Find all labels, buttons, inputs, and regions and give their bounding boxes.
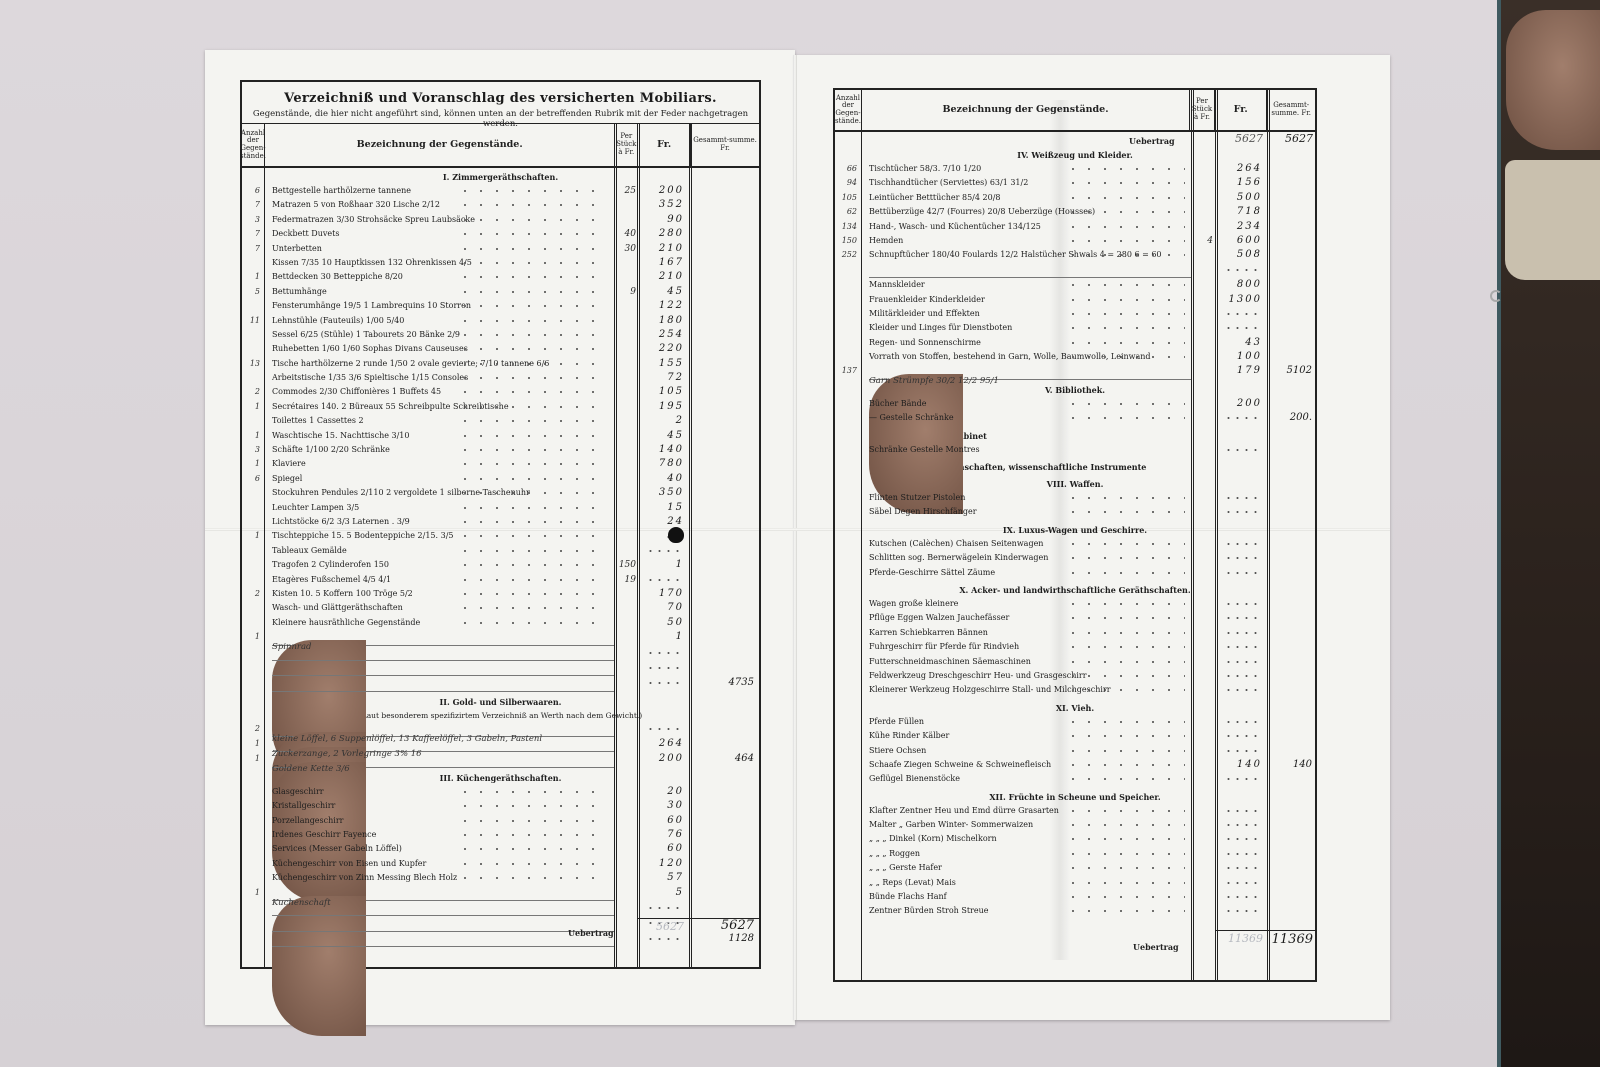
price-fr: 1300 (1218, 293, 1262, 307)
table-row (272, 916, 614, 931)
table-row: 13Tische harthölzerne 2 runde 1/50 2 ova… (242, 357, 759, 371)
item-label: Kleider und Linges für Dienstboten (869, 321, 1012, 335)
item-count: 2 (236, 385, 260, 399)
item-label: Malter „ Garben Winter- Sommerwaizen (869, 818, 1033, 832)
leader-dots (457, 544, 608, 558)
price-fr: 90 (640, 213, 684, 227)
item-count: 252 (833, 248, 857, 262)
right-form: Anzahl der Gegen-stände. Bezeichnung der… (833, 88, 1317, 982)
price-fr: 105 (640, 385, 684, 399)
table-row: Irdenes Geschirr Fayence76 (242, 828, 759, 842)
leader-dots (457, 285, 608, 299)
price-fr: 234 (1218, 220, 1262, 234)
leader-dots (1065, 832, 1185, 846)
table-row: 2kleine Löffel, 6 Suppenlöffel, 13 Kaffe… (272, 722, 614, 737)
item-label: Commodes 2/30 Chiffonières 1 Buffets 45 (272, 385, 441, 399)
per-piece-price: 9 (616, 285, 636, 299)
leader-dots (457, 842, 608, 856)
table-row: Tableaux Gemälde (242, 544, 759, 558)
carry-in-total: 5627 (1269, 132, 1313, 145)
item-count: 105 (833, 191, 857, 205)
price-fr: 40 (640, 472, 684, 486)
document-title: Verzeichniß und Voranschlag des versiche… (242, 82, 759, 106)
leader-dots (457, 256, 608, 270)
item-label: Bettgestelle harthölzerne tannene (272, 184, 411, 198)
table-row: Regen- und Sonnenschirme43 (835, 336, 1315, 350)
price-fr: 76 (640, 828, 684, 842)
price-fr: 500 (1218, 191, 1262, 205)
item-count: 150 (833, 234, 857, 248)
fr-dots (646, 901, 680, 915)
table-row: Glasgeschirr20 (242, 785, 759, 799)
item-label: Frauenkleider Kinderkleider (869, 293, 985, 307)
item-label: Bücher Bände (869, 397, 926, 411)
leader-dots (457, 871, 608, 885)
fr-dots (1224, 491, 1258, 505)
item-label: Pferde Füllen (869, 715, 924, 729)
fr-dots (1224, 683, 1258, 697)
item-label: Wasch- und Glättgeräthschaften (272, 601, 403, 615)
leader-dots (1065, 336, 1185, 350)
per-piece-price: 150 (616, 558, 636, 572)
item-count: 66 (833, 162, 857, 176)
leader-dots (457, 529, 608, 543)
leader-dots (1065, 293, 1185, 307)
price-fr: 100 (1218, 350, 1262, 364)
table-header: Anzahl der Gegen-stände. Bezeichnung der… (242, 123, 759, 168)
table-row: 1Bettdecken 30 Betteppiche 8/20210 (242, 270, 759, 284)
price-fr: 254 (640, 328, 684, 342)
leader-dots (457, 457, 608, 471)
fr-dots (646, 661, 680, 675)
price-fr: 600 (1218, 234, 1262, 248)
leader-dots (1065, 715, 1185, 729)
leader-dots (1065, 655, 1185, 669)
table-row: 4735 (272, 676, 614, 691)
table-row: Tragofen 2 Cylinderofen 1501501 (242, 558, 759, 572)
fr-dots (1224, 818, 1258, 832)
price-fr: 1 (640, 558, 684, 572)
item-label: Kristallgeschirr (272, 799, 335, 813)
item-label: Glasgeschirr (272, 785, 324, 799)
table-row: 1128 (272, 932, 614, 947)
fr-dots (1224, 655, 1258, 669)
item-label: Porzellangeschirr (272, 814, 344, 828)
fr-dots (1224, 729, 1258, 743)
item-label: Wagen große kleinere (869, 597, 958, 611)
table-row: 66Tischtücher 58/3. 7/10 1/20264 (835, 162, 1315, 176)
table-row: 1Kuchenschaft5 (272, 886, 614, 901)
item-label: „ „ „ Roggen (869, 847, 920, 861)
item-count: 137 (833, 364, 857, 378)
fr-dots (1224, 669, 1258, 683)
table-row: 105Leintücher Betttücher 85/4 20/8500 (835, 191, 1315, 205)
table-row: Wasch- und Glättgeräthschaften70 (242, 601, 759, 615)
table-row: Services (Messer Gabeln Löffel)60 (242, 842, 759, 856)
item-label: Kleinere hausräthliche Gegenstände (272, 616, 420, 630)
item-count: 7 (236, 227, 260, 241)
item-count: 1 (236, 429, 260, 443)
table-row: Fuhrgeschirr für Pferde für Rindvieh (835, 640, 1315, 654)
fr-dots (1224, 832, 1258, 846)
fr-dots (1224, 566, 1258, 580)
item-count: 1 (236, 270, 260, 284)
fr-dots (1224, 321, 1258, 335)
leader-dots (457, 785, 608, 799)
leader-dots (457, 371, 608, 385)
item-label: Bettüberzüge 42/7 (Fourres) 20/8 Ueberzü… (869, 205, 1095, 219)
price-fr: 170 (640, 587, 684, 601)
table-row: Schaafe Ziegen Schweine & Schweinefleisc… (835, 758, 1315, 772)
table-row: Kristallgeschirr30 (242, 799, 759, 813)
item-count: 6 (236, 472, 260, 486)
table-row: 7Unterbetten30210 (242, 242, 759, 256)
table-row: 6Bettgestelle harthölzerne tannene25200 (242, 184, 759, 198)
leader-dots (457, 443, 608, 457)
leader-dots (1065, 278, 1185, 292)
table-row: Porzellangeschirr60 (242, 814, 759, 828)
header-total: Gesammt-summe. Fr. (1267, 90, 1315, 130)
leader-dots (457, 385, 608, 399)
table-row: Kleider und Linges für Dienstboten (835, 321, 1315, 335)
table-row: 11Lehnstühle (Fauteuils) 1/00 5/40180 (242, 314, 759, 328)
item-count: 134 (833, 220, 857, 234)
table-row: 3Federmatrazen 3/30 Strohsäcke Spreu Lau… (242, 213, 759, 227)
table-row: Feldwerkzeug Dreschgeschirr Heu- und Gra… (835, 669, 1315, 683)
leader-dots (1065, 744, 1185, 758)
item-label: Bettdecken 30 Betteppiche 8/20 (272, 270, 403, 284)
leader-dots (1065, 411, 1185, 425)
table-row: Futterschneidmaschinen Säemaschinen (835, 655, 1315, 669)
table-row: 1Spinnrad1 (272, 630, 614, 645)
item-count: 1 (236, 737, 260, 751)
table-row: Stiere Ochsen (835, 744, 1315, 758)
leader-dots (457, 242, 608, 256)
item-label: Tischteppiche 15. 5 Bodenteppiche 2/15. … (272, 529, 453, 543)
leader-dots (457, 213, 608, 227)
leader-dots (1065, 566, 1185, 580)
item-label: Klafter Zentner Heu und Emd dürre Grasar… (869, 804, 1059, 818)
fr-dots (1224, 804, 1258, 818)
item-count: 1 (236, 630, 260, 644)
leader-dots (1065, 904, 1185, 918)
table-row: Säbel Degen Hirschfänger (835, 505, 1315, 519)
section-total: 140 (1270, 758, 1312, 772)
table-row: 1Goldene Kette 3/6200464 (272, 752, 614, 767)
carry-label: Uebertrag (568, 928, 614, 938)
fr-dots (646, 932, 680, 946)
price-fr: 5 (640, 886, 684, 900)
leader-dots (1065, 890, 1185, 904)
table-row: „ „ Reps (Levat) Mais (835, 876, 1315, 890)
carry-label: Uebertrag (1133, 942, 1179, 952)
leader-dots (457, 515, 608, 529)
leader-dots (1065, 176, 1185, 190)
header-count: Anzahl der Gegen-stände. (242, 124, 265, 166)
table-row: Bücher Bände200 (835, 397, 1315, 411)
fr-dots (646, 676, 680, 690)
item-label: Hemden (869, 234, 903, 248)
leader-dots (1065, 491, 1185, 505)
table-row: Pferde-Geschirre Sättel Zäume (835, 566, 1315, 580)
price-fr: 60 (640, 842, 684, 856)
leader-dots (457, 314, 608, 328)
leader-dots (457, 299, 608, 313)
price-fr: 155 (640, 357, 684, 371)
leader-dots (457, 429, 608, 443)
leader-dots (1065, 505, 1185, 519)
item-label: Lichtstöcke 6/2 3/3 Laternen . 3/9 (272, 515, 410, 529)
table-row: Toilettes 1 Cassettes 22 (242, 414, 759, 428)
section-total: 4735 (692, 676, 754, 690)
price-fr: 50 (640, 616, 684, 630)
price-fr: 200 (1218, 397, 1262, 411)
item-count: 11 (236, 314, 260, 328)
leader-dots (1065, 191, 1185, 205)
table-row: 1Waschtische 15. Nachttische 3/1045 (242, 429, 759, 443)
leader-dots (1065, 669, 1185, 683)
carry-in-fr: 5627 (1217, 132, 1263, 145)
table-row: Lichtstöcke 6/2 3/3 Laternen . 3/924 (242, 515, 759, 529)
price-fr: 350 (640, 486, 684, 500)
fr-dots (1224, 611, 1258, 625)
leader-dots (457, 342, 608, 356)
table-row: Etagères Fußschemel 4/5 4/119 (242, 573, 759, 587)
table-row: Schlitten sog. Bernerwägelein Kinderwage… (835, 551, 1315, 565)
item-count: 3 (236, 443, 260, 457)
item-label: Stiere Ochsen (869, 744, 926, 758)
price-fr: 210 (640, 242, 684, 256)
table-row: 252Schnupftücher 180/40 Foulards 12/2 Ha… (835, 248, 1315, 262)
section-total: 464 (692, 752, 754, 766)
leader-dots (457, 328, 608, 342)
table-row: 62Bettüberzüge 42/7 (Fourres) 20/8 Ueber… (835, 205, 1315, 219)
fr-dots (1224, 307, 1258, 321)
item-label: Kissen 7/35 10 Hauptkissen 132 Ohrenkiss… (272, 256, 472, 270)
item-label: Zentner Bürden Stroh Streue (869, 904, 989, 918)
leader-dots (1065, 876, 1185, 890)
item-label: „ „ „ Dinkel (Korn) Mischelkorn (869, 832, 997, 846)
leader-dots (457, 486, 608, 500)
leader-dots (1065, 162, 1185, 176)
leader-dots (1065, 350, 1185, 364)
table-row: „ „ „ Roggen (835, 847, 1315, 861)
table-row: Militärkleider und Effekten (835, 307, 1315, 321)
item-label: Kisten 10. 5 Koffern 100 Tröge 5/2 (272, 587, 413, 601)
table-row: Frauenkleider Kinderkleider1300 (835, 293, 1315, 307)
right-items: IV. Weißzeug und Kleider.66Tischtücher 5… (835, 145, 1315, 919)
item-label: Küchengeschirr von Eisen und Kupfer (272, 857, 426, 871)
price-fr: 220 (640, 342, 684, 356)
item-count: 6 (236, 184, 260, 198)
table-row: Stockuhren Pendules 2/110 2 vergoldete 1… (242, 486, 759, 500)
item-label: Schäfte 1/100 2/20 Schränke (272, 443, 390, 457)
item-count: 1 (236, 752, 260, 766)
section-heading: XII. Früchte in Scheune und Speicher. (835, 787, 1315, 804)
leader-dots (1065, 537, 1185, 551)
leader-dots (457, 857, 608, 871)
fr-dots (1224, 744, 1258, 758)
leader-dots (457, 184, 608, 198)
price-fr: 2 (640, 414, 684, 428)
item-label: Fuhrgeschirr für Pferde für Rindvieh (869, 640, 1019, 654)
price-fr: 180 (640, 314, 684, 328)
item-label: Geflügel Bienenstöcke (869, 772, 960, 786)
price-fr: 156 (1218, 176, 1262, 190)
table-row (272, 901, 614, 916)
price-fr: 120 (640, 857, 684, 871)
item-label: Schlitten sog. Bernerwägelein Kinderwage… (869, 551, 1048, 565)
leader-dots (1065, 626, 1185, 640)
table-row: Arbeitstische 1/35 3/6 Spieltische 1/15 … (242, 371, 759, 385)
table-row (272, 646, 614, 661)
carry-fr: 11369 (1217, 932, 1263, 945)
table-row: 1Secrétaires 140. 2 Büreaux 55 Schreibpu… (242, 400, 759, 414)
leader-dots (1065, 640, 1185, 654)
item-label: Feldwerkzeug Dreschgeschirr Heu- und Gra… (869, 669, 1087, 683)
price-fr: 60 (640, 814, 684, 828)
section-heading: I. Zimmergeräthschaften. (242, 167, 759, 184)
item-label: Futterschneidmaschinen Säemaschinen (869, 655, 1031, 669)
table-row: 2Kisten 10. 5 Koffern 100 Tröge 5/2170 (242, 587, 759, 601)
leader-dots (1065, 234, 1185, 248)
price-fr: 45 (640, 429, 684, 443)
table-row: 137Garn Strümpfe 30/2 12/2 95/11795102 (869, 364, 1191, 379)
section-total: 5102 (1270, 364, 1312, 378)
item-count: 7 (236, 198, 260, 212)
price-fr: 200 (640, 752, 684, 766)
item-label: Bettumhänge (272, 285, 327, 299)
item-label: Federmatrazen 3/30 Strohsäcke Spreu Laub… (272, 213, 475, 227)
item-count: 2 (236, 587, 260, 601)
item-count: 1 (236, 886, 260, 900)
item-label: Sessel 6/25 (Stühle) 1 Tabourets 20 Bänk… (272, 328, 460, 342)
per-piece-price: 30 (616, 242, 636, 256)
item-count: 62 (833, 205, 857, 219)
per-piece-price: 4 (1193, 234, 1213, 248)
item-label: Spiegel (272, 472, 302, 486)
item-count: 5 (236, 285, 260, 299)
item-label: Etagères Fußschemel 4/5 4/1 (272, 573, 391, 587)
fr-dots (1224, 263, 1258, 277)
table-row: 94Tischhandtücher (Serviettes) 63/1 31/2… (835, 176, 1315, 190)
leader-dots (457, 472, 608, 486)
table-row: Kissen 7/35 10 Hauptkissen 132 Ohrenkiss… (242, 256, 759, 270)
leader-dots (457, 601, 608, 615)
section-heading: IX. Luxus-Wagen und Geschirre. (835, 520, 1315, 537)
item-label: Fensterumhänge 19/5 1 Lambrequins 10 Sto… (272, 299, 471, 313)
section-heading: X. Acker- und landwirthschaftliche Gerät… (835, 580, 1315, 597)
table-row: Küchengeschirr von Eisen und Kupfer120 (242, 857, 759, 871)
table-row: — Gestelle Schränke200. (835, 411, 1315, 425)
item-label: „ „ „ Gerste Hafer (869, 861, 942, 875)
carry-total: 11369 (1269, 932, 1313, 947)
price-fr: 167 (640, 256, 684, 270)
fr-dots (1224, 876, 1258, 890)
fr-dots (1224, 626, 1258, 640)
item-label: Kutschen (Calèchen) Chaisen Seitenwagen (869, 537, 1043, 551)
item-label: Karren Schiebkarren Bännen (869, 626, 988, 640)
fr-dots (646, 722, 680, 736)
item-label: Unterbetten (272, 242, 322, 256)
price-fr: 122 (640, 299, 684, 313)
price-fr: 70 (640, 601, 684, 615)
header-fr: Fr. (1215, 90, 1268, 130)
leader-dots (457, 558, 608, 572)
table-row: 3Schäfte 1/100 2/20 Schränke140 (242, 443, 759, 457)
table-row: Pflüge Eggen Walzen Jauchefässer (835, 611, 1315, 625)
item-count: 3 (236, 213, 260, 227)
table-row: Schränke Gestelle Montres (835, 443, 1315, 457)
item-count: 94 (833, 176, 857, 190)
leader-dots (1065, 321, 1185, 335)
leader-dots (1065, 847, 1185, 861)
price-fr: 264 (1218, 162, 1262, 176)
leader-dots (1065, 758, 1185, 772)
item-label: Pferde-Geschirre Sättel Zäume (869, 566, 995, 580)
leader-dots (457, 400, 608, 414)
item-label: Waschtische 15. Nachttische 3/10 (272, 429, 409, 443)
item-count: 1 (236, 457, 260, 471)
fr-dots (646, 573, 680, 587)
leader-dots (1065, 551, 1185, 565)
item-label: Lehnstühle (Fauteuils) 1/00 5/40 (272, 314, 404, 328)
table-row: „ „ „ Dinkel (Korn) Mischelkorn (835, 832, 1315, 846)
leader-dots (457, 616, 608, 630)
price-fr: 15 (640, 501, 684, 515)
leader-dots (457, 198, 608, 212)
price-fr: 20 (640, 785, 684, 799)
price-fr: 780 (640, 457, 684, 471)
leader-dots (1065, 248, 1185, 262)
table-row: Zentner Bürden Stroh Streue (835, 904, 1315, 918)
price-fr: 508 (1218, 248, 1262, 262)
leader-dots (457, 227, 608, 241)
table-row: Wagen große kleinere (835, 597, 1315, 611)
leader-dots (1065, 307, 1185, 321)
ink-blot (668, 527, 684, 543)
price-fr: 800 (1218, 278, 1262, 292)
table-row: 2Commodes 2/30 Chiffonières 1 Buffets 45… (242, 385, 759, 399)
carry-total: 5627 (690, 918, 754, 933)
table-row: 134Hand-, Wasch- und Küchentücher 134/12… (835, 220, 1315, 234)
item-label: Kühe Rinder Kälber (869, 729, 949, 743)
item-label: Leintücher Betttücher 85/4 20/8 (869, 191, 1000, 205)
item-count: 13 (236, 357, 260, 371)
table-row: 5Bettumhänge945 (242, 285, 759, 299)
fr-dots (646, 544, 680, 558)
table-row: Kutschen (Calèchen) Chaisen Seitenwagen (835, 537, 1315, 551)
item-count: 1 (236, 400, 260, 414)
price-fr: 200 (640, 184, 684, 198)
table-row: Pferde Füllen (835, 715, 1315, 729)
fr-dots (1224, 890, 1258, 904)
price-fr: 280 (640, 227, 684, 241)
section-total: 1128 (692, 932, 754, 946)
price-fr: 195 (640, 400, 684, 414)
fr-dots (1224, 640, 1258, 654)
leader-dots (1065, 818, 1185, 832)
item-label: Tischtücher 58/3. 7/10 1/20 (869, 162, 981, 176)
table-row: Bünde Flachs Hanf (835, 890, 1315, 904)
left-items: I. Zimmergeräthschaften.6Bettgestelle ha… (242, 167, 759, 947)
price-fr: 45 (640, 285, 684, 299)
price-fr: 72 (640, 371, 684, 385)
item-label: Schaafe Ziegen Schweine & Schweinefleisc… (869, 758, 1051, 772)
leader-dots (1065, 611, 1185, 625)
leader-dots (457, 270, 608, 284)
leader-dots (1065, 597, 1185, 611)
